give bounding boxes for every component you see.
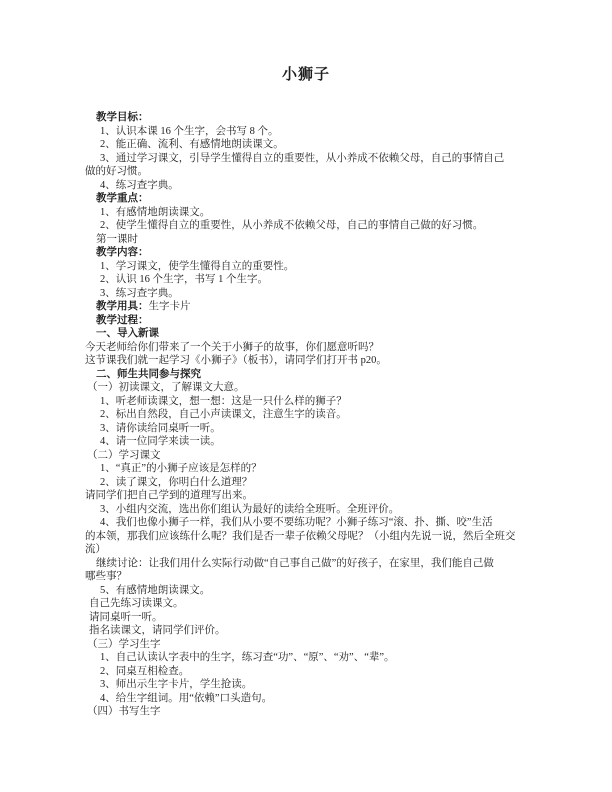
text-line: 1、听老师读课文，想一想：这是一只什么样的狮子？ [85, 395, 570, 409]
document-body: 教学目标：1、认识本课 16 个生字，会书写 8 个。2、能正确、流利、有感情地… [85, 111, 570, 719]
text-line: 教学目标： [85, 111, 570, 125]
text-line: 请同学们把自己学到的道理写出来。 [85, 489, 570, 503]
text-line: 4、我们也像小狮子一样，我们从小要不要练功呢？小狮子练习“滚、扑、撕、咬”生活 [85, 516, 570, 530]
text-line: 3、师出示生字卡片，学生抢读。 [85, 678, 570, 692]
text-line: 2、同桌互相检查。 [85, 665, 570, 679]
text-line: 做的好习惯。 [85, 165, 570, 179]
text-line: 的本领，那我们应该练什么呢？我们是否一辈子依赖父母呢？（小组内先说一说，然后全班… [85, 530, 570, 544]
text-line: 2、能正确、流利、有感情地朗读课文。 [85, 138, 570, 152]
text-line: 流） [85, 543, 570, 557]
text-line: 继续讨论：让我们用什么实际行动做“自己事自己做”的好孩子，在家里，我们能自己做 [85, 557, 570, 571]
text-line: （四）书写生字 [85, 705, 570, 719]
text-line: 3、通过学习课文，引导学生懂得自立的重要性，从小养成不依赖父母，自己的事情自己 [85, 152, 570, 166]
text-line: 4、练习查字典。 [85, 179, 570, 193]
text-line: 1、有感情地朗读课文。 [85, 206, 570, 220]
text-line: 1、认识本课 16 个生字，会书写 8 个。 [85, 125, 570, 139]
text-line: 教学用具：生字卡片 [85, 300, 570, 314]
text-line: 4、给生字组词。用“依赖”口头造句。 [85, 692, 570, 706]
text-line: 第一课时 [85, 233, 570, 247]
text-line: 1、“真正”的小狮子应该是怎样的？ [85, 462, 570, 476]
text-line: 这节课我们就一起学习《小狮子》（板书），请同学们打开书 p20。 [85, 354, 570, 368]
text-line: （三）学习生字 [85, 638, 570, 652]
text-line: 请同桌听一听。 [85, 611, 570, 625]
text-line: （二）学习课文 [85, 449, 570, 463]
text-line: 二、师生共同参与探究 [85, 368, 570, 382]
text-line: 1、自己认读认字表中的生字，练习查“功”、“原”、“劝”、“辈”。 [85, 651, 570, 665]
line-text: 生字卡片 [149, 301, 191, 312]
document-page: 小狮子 教学目标：1、认识本课 16 个生字，会书写 8 个。2、能正确、流利、… [0, 0, 612, 792]
text-line: 3、请你读给同桌听一听。 [85, 422, 570, 436]
text-line: 2、标出自然段，自己小声读课文，注意生字的读音。 [85, 408, 570, 422]
document-title: 小狮子 [0, 0, 612, 83]
text-line: （一）初读课文，了解课文大意。 [85, 381, 570, 395]
text-line: 教学重点： [85, 192, 570, 206]
text-line: 2、使学生懂得自立的重要性，从小养成不依赖父母，自己的事情自己做的好习惯。 [85, 219, 570, 233]
text-line: 3、练习查字典。 [85, 287, 570, 301]
text-line: 2、认识 16 个生字，书写 1 个生字。 [85, 273, 570, 287]
text-line: 指名读课文，请同学们评价。 [85, 624, 570, 638]
text-line: 3、小组内交流，选出你们组认为最好的读给全班听。全班评价。 [85, 503, 570, 517]
text-line: 教学内容： [85, 246, 570, 260]
text-line: 1、学习课文，使学生懂得自立的重要性。 [85, 260, 570, 274]
text-line: 一、导入新课 [85, 327, 570, 341]
text-line: 自己先练习读课文。 [85, 597, 570, 611]
text-line: 4、请一位同学来读一读。 [85, 435, 570, 449]
line-label: 教学用具： [96, 301, 149, 312]
text-line: 2、读了课文，你明白什么道理？ [85, 476, 570, 490]
text-line: 哪些事？ [85, 570, 570, 584]
text-line: 教学过程： [85, 314, 570, 328]
text-line: 5、有感情地朗读课文。 [85, 584, 570, 598]
text-line: 今天老师给你们带来了一个关于小狮子的故事，你们愿意听吗？ [85, 341, 570, 355]
